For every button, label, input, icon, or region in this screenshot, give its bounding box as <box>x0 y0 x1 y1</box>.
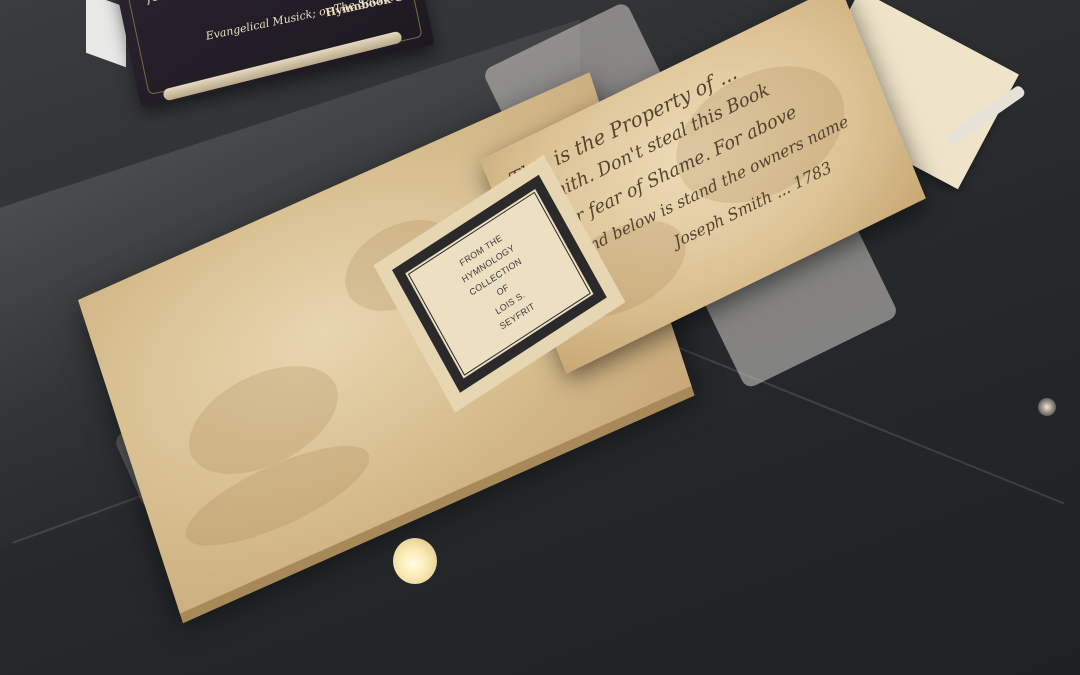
light-reflection <box>393 538 437 584</box>
glass-glare <box>1038 398 1056 416</box>
case-edge <box>656 338 1065 505</box>
museum-display-case: fear of shall... Evangelical Musick; or … <box>0 0 1080 675</box>
